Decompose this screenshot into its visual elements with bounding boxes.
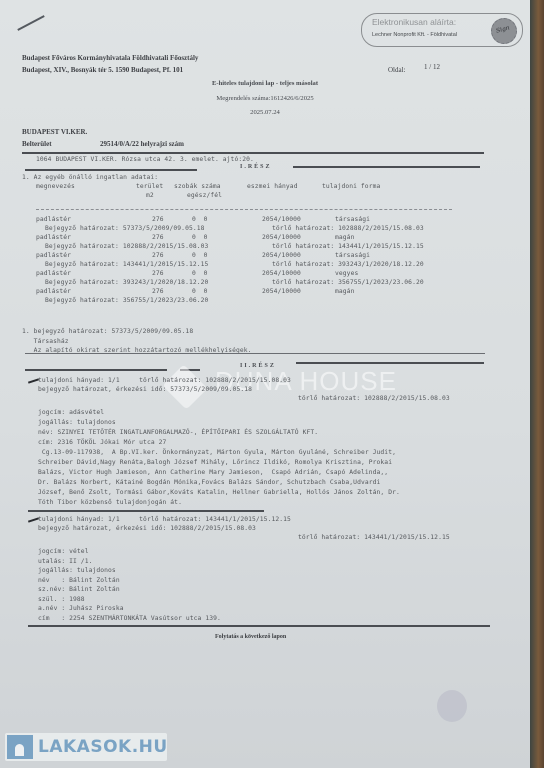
parcel-number: 29514/0/A/22 helyrajzi szám [100, 140, 184, 148]
owner-detail: jogállás: tulajdonos [38, 419, 116, 426]
divider [22, 152, 484, 154]
part1-title: I.RÉSZ [240, 164, 272, 170]
document-page: Elektronikusan aláírta: Lechner Nonprofi… [0, 0, 530, 768]
entry-line: bejegyző határozat, érkezési idő: 57373/… [38, 386, 252, 393]
row-area: 276 [152, 234, 164, 241]
owner-detail: cím : 2254 SZENTMÁRTONKÁTA Vasútsor utca… [38, 615, 221, 622]
ownership-share: tulajdoni hányad: 1/1 törlő határozat: 1… [38, 377, 291, 384]
owner-detail: Schreiber Dávid,Nagy Renáta,Balogh Józse… [38, 459, 392, 466]
row-rooms: 0 0 [192, 234, 208, 241]
row-rooms: 0 0 [192, 288, 208, 295]
seal-icon: Sign [491, 18, 517, 44]
row-entry: Bejegyző határozat: 356755/1/2023/23.06.… [45, 297, 208, 304]
row-deletion: törlő határozat: 102888/2/2015/15.08.03 [272, 225, 424, 232]
row-form: magán [335, 234, 354, 241]
owner-detail: sz.név: Bálint Zoltán [38, 586, 120, 593]
owner-detail: Balázs, Victor Hugh Jamieson, Ann Cather… [38, 469, 388, 476]
owner-detail: jogcím: vétel [38, 548, 89, 555]
divider [296, 362, 484, 364]
document-date: 2025.07.24 [150, 109, 380, 116]
row-share: 2054/10000 [262, 288, 301, 295]
office-address: Budapest, XIV., Bosnyák tér 5. 1590 Buda… [22, 66, 183, 74]
owner-detail: jogállás: tulajdonos [38, 567, 116, 574]
row-share: 2054/10000 [262, 216, 301, 223]
row-area: 276 [152, 270, 164, 277]
electronic-signature-box: Elektronikusan aláírta: Lechner Nonprofi… [361, 13, 523, 47]
divider [28, 625, 490, 627]
property-address: 1064 BUDAPEST VI.KER. Rózsa utca 42. 3. … [36, 156, 254, 163]
note-line: 1. bejegyző határozat: 57373/5/2009/09.0… [22, 328, 193, 335]
row-name: padlástér [36, 234, 71, 241]
column-header: megnevezés [36, 183, 75, 190]
row-name: padlástér [36, 270, 71, 277]
owner-detail: Cg.13-09-117938, A Bp.VI.ker. Önkormányz… [38, 449, 396, 456]
column-header: tulajdoni forma [322, 183, 380, 190]
row-area: 276 [152, 252, 164, 259]
owner-detail: cím: 2316 TÖKÖL Jókai Mór utca 27 [38, 439, 166, 446]
row-entry: Bejegyző határozat: 57373/5/2009/09.05.1… [45, 225, 205, 232]
row-name: padlástér [36, 216, 71, 223]
document-title: E-hiteles tulajdoni lap - teljes másolat [150, 80, 380, 87]
signature-signer: Lechner Nonprofit Kft. - Földhivatal [372, 32, 457, 38]
owner-detail: név : Bálint Zoltán [38, 577, 120, 584]
note-line: Társasház [22, 338, 69, 345]
order-number: Megrendelés száma:1612426/6/2025 [150, 95, 380, 102]
column-header: eszmei hányad [247, 183, 298, 190]
dashed-divider [36, 209, 452, 210]
divider [25, 369, 167, 371]
column-header: szobák száma [174, 183, 221, 190]
column-header: terület [136, 183, 163, 190]
continue-note: Folytatás a következő lapon [215, 634, 286, 640]
row-entry: Bejegyző határozat: 143441/1/2015/15.12.… [45, 261, 208, 268]
owner-detail: a.név : Juhász Piroska [38, 605, 124, 612]
row-area: 276 [152, 216, 164, 223]
deletion-line: törlő határozat: 102888/2/2015/15.08.03 [298, 395, 450, 402]
row-share: 2054/10000 [262, 270, 301, 277]
signature-title: Elektronikusan aláírta: [372, 17, 456, 27]
row-form: társasági [335, 216, 370, 223]
row-name: padlástér [36, 252, 71, 259]
row-form: társasági [335, 252, 370, 259]
owner-detail: szül. : 1988 [38, 596, 85, 603]
column-subheader: egész/fél [187, 192, 222, 199]
site-logo: LAKASOK.HU [5, 733, 167, 761]
owner-detail: József, Benő Zsolt, Tormási Gábor,Kováts… [38, 489, 400, 496]
row-deletion: törlő határozat: 356755/1/2023/23.06.20 [272, 279, 424, 286]
row-entry: Bejegyző határozat: 393243/1/2020/18.12.… [45, 279, 208, 286]
owner-detail: Tóth Tibor közbenső tulajdonjogán át. [38, 499, 182, 506]
owner-detail: Dr. Balázs Norbert, Kátainé Bogdán Mónik… [38, 479, 380, 486]
divider [293, 166, 480, 168]
divider [28, 510, 264, 512]
divider [25, 353, 485, 354]
row-rooms: 0 0 [192, 270, 208, 277]
pen-mark [17, 15, 44, 31]
stain [437, 690, 467, 722]
row-form: magán [335, 288, 354, 295]
row-share: 2054/10000 [262, 234, 301, 241]
row-rooms: 0 0 [192, 216, 208, 223]
owner-detail: utalás: II /1. [38, 558, 92, 565]
divider [25, 169, 197, 171]
row-deletion: törlő határozat: 143441/1/2015/15.12.15 [272, 243, 424, 250]
row-deletion: törlő határozat: 393243/1/2020/18.12.20 [272, 261, 424, 268]
page-number: 1 / 12 [424, 63, 440, 71]
owner-detail: jogcím: adásvétel [38, 409, 104, 416]
house-icon [7, 735, 33, 759]
column-subheader: m2 [146, 192, 154, 199]
row-rooms: 0 0 [192, 252, 208, 259]
page-label: Oldal: [388, 66, 406, 74]
row-share: 2054/10000 [262, 252, 301, 259]
part1-heading: 1. Az egyéb önálló ingatlan adatai: [22, 174, 158, 181]
deletion-line: törlő határozat: 143441/1/2015/15.12.15 [298, 534, 450, 541]
row-name: padlástér [36, 288, 71, 295]
entry-line: bejegyző határozat, érkezési idő: 102888… [38, 525, 256, 532]
owner-detail: név: SZINYEI TETŐTÉR INGATLANFORGALMAZÓ-… [38, 429, 318, 436]
ownership-share: tulajdoni hányad: 1/1 törlő határozat: 1… [38, 516, 291, 523]
district: BUDAPEST VI.KER. [22, 128, 87, 136]
row-area: 276 [152, 288, 164, 295]
background-edge [530, 0, 544, 768]
site-logo-text: LAKASOK.HU [38, 737, 168, 757]
row-entry: Bejegyző határozat: 102888/2/2015/15.08.… [45, 243, 208, 250]
area-type: Belterület [22, 140, 52, 148]
office-name: Budapest Főváros Kormányhivatala Földhiv… [22, 54, 198, 62]
row-form: vegyes [335, 270, 358, 277]
